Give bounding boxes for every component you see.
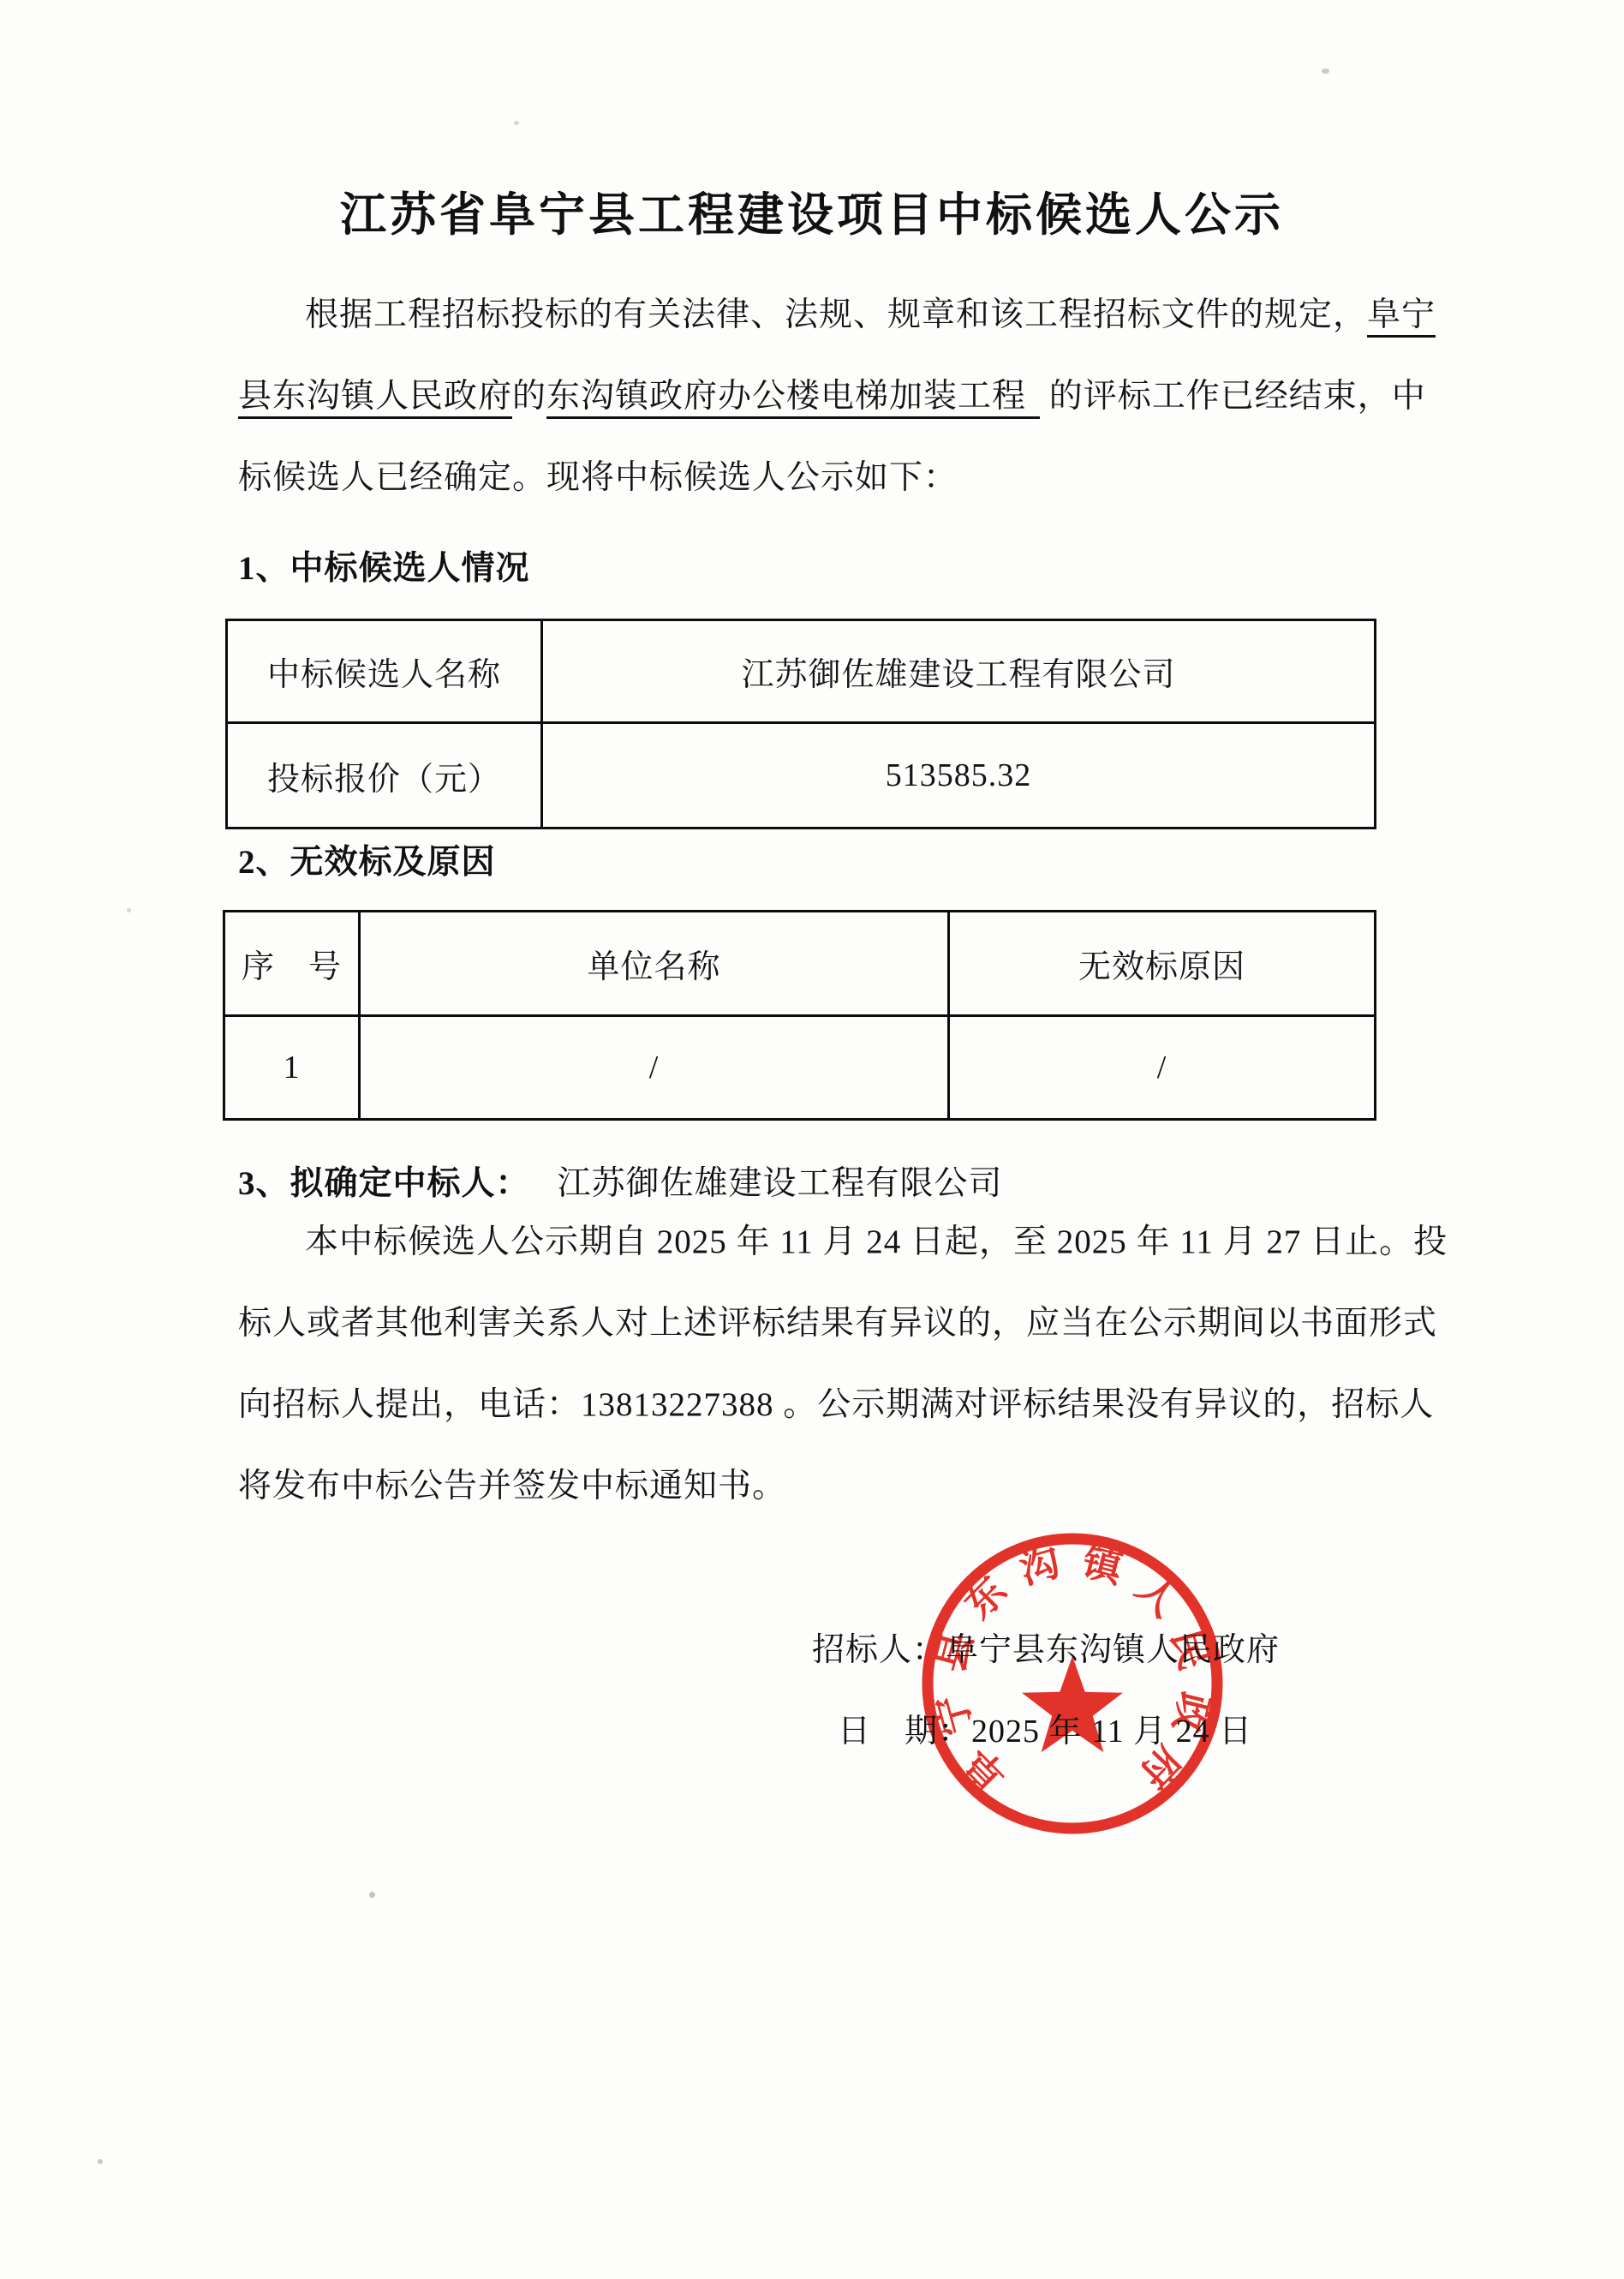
table2-header-reason: 无效标原因 (950, 912, 1374, 1017)
table2-header-index: 序 号 (225, 912, 361, 1017)
winner-candidate-table: 中标候选人名称 江苏御佐雄建设工程有限公司 投标报价（元） 513585.32 (225, 619, 1376, 829)
section1-heading: 1、中标候选人情况 (238, 541, 530, 589)
publicity-line-1: 本中标候选人公示期自 2025 年 11 月 24 日起，至 2025 年 11… (238, 1201, 1472, 1283)
intro-line2-post: 的评标工作已经结束，中 (1040, 378, 1426, 415)
table2-row1-unit: / (361, 1017, 950, 1118)
tenderer-signature-line: 招标人：阜宁县东沟镇人民政府 (812, 1632, 1280, 1668)
official-seal-stamp: 阜宁县东沟镇人民政府 (901, 1512, 1244, 1855)
table2-row1-reason: / (950, 1017, 1374, 1118)
invalid-bid-table: 序 号 单位名称 无效标原因 1 / / (223, 910, 1376, 1121)
scan-speck (127, 908, 131, 912)
table2-header-unit: 单位名称 (361, 912, 950, 1017)
table1-value-price: 513585.32 (543, 724, 1374, 827)
scan-speck (98, 2159, 103, 2164)
table2-row1-index: 1 (225, 1017, 361, 1118)
proposed-winner-name: 江苏御佐雄建设工程有限公司 (530, 1165, 1003, 1202)
section3-label: 3、拟确定中标人： (238, 1165, 530, 1202)
intro-line-1: 根据工程招标投标的有关法律、法规、规章和该工程招标文件的规定，阜宁 (238, 274, 1472, 356)
document-page: 江苏省阜宁县工程建设项目中标候选人公示 根据工程招标投标的有关法律、法规、规章和… (0, 0, 1624, 2279)
scan-speck (1322, 69, 1329, 74)
table1-value-name: 江苏御佐雄建设工程有限公司 (543, 621, 1374, 724)
intro-line1-text: 根据工程招标投标的有关法律、法规、规章和该工程招标文件的规定， (305, 296, 1367, 333)
tenderer-label: 招标人： (812, 1632, 946, 1668)
publicity-line-2: 标人或者其他利害关系人对上述评标结果有异议的，应当在公示期间以书面形式 (238, 1283, 1472, 1364)
section3-heading: 3、拟确定中标人：江苏御佐雄建设工程有限公司 (238, 1157, 1003, 1205)
tenderer-name-underlined-part2: 县东沟镇人民政府 (238, 378, 512, 419)
section2-heading: 2、无效标及原因 (238, 835, 496, 883)
intro-line2-mid: 的 (512, 378, 546, 415)
document-title: 江苏省阜宁县工程建设项目中标候选人公示 (0, 178, 1624, 244)
date-label: 日 期： (838, 1714, 971, 1750)
date-value: 2025 年 11 月 24 日 (971, 1714, 1252, 1750)
publicity-paragraph: 本中标候选人公示期自 2025 年 11 月 24 日起，至 2025 年 11… (238, 1201, 1472, 1527)
scan-speck (514, 121, 519, 125)
date-line: 日 期：2025 年 11 月 24 日 (838, 1714, 1252, 1750)
table1-label-price: 投标报价（元） (228, 724, 543, 827)
publicity-line-3: 向招标人提出，电话：13813227388 。公示期满对评标结果没有异议的，招标… (238, 1364, 1472, 1445)
intro-line-2: 县东沟镇人民政府的东沟镇政府办公楼电梯加装工程 的评标工作已经结束，中 (238, 356, 1472, 437)
table1-label-name: 中标候选人名称 (228, 621, 543, 724)
scan-speck (369, 1892, 375, 1898)
tenderer-value: 阜宁县东沟镇人民政府 (946, 1632, 1280, 1668)
tenderer-name-underlined-part1: 阜宁 (1367, 296, 1436, 338)
project-name-underlined: 东沟镇政府办公楼电梯加装工程 (546, 378, 1040, 419)
intro-paragraph: 根据工程招标投标的有关法律、法规、规章和该工程招标文件的规定，阜宁 县东沟镇人民… (238, 274, 1472, 518)
publicity-line-4: 将发布中标公告并签发中标通知书。 (238, 1445, 1472, 1527)
intro-line-3: 标候选人已经确定。现将中标候选人公示如下： (238, 437, 1472, 518)
